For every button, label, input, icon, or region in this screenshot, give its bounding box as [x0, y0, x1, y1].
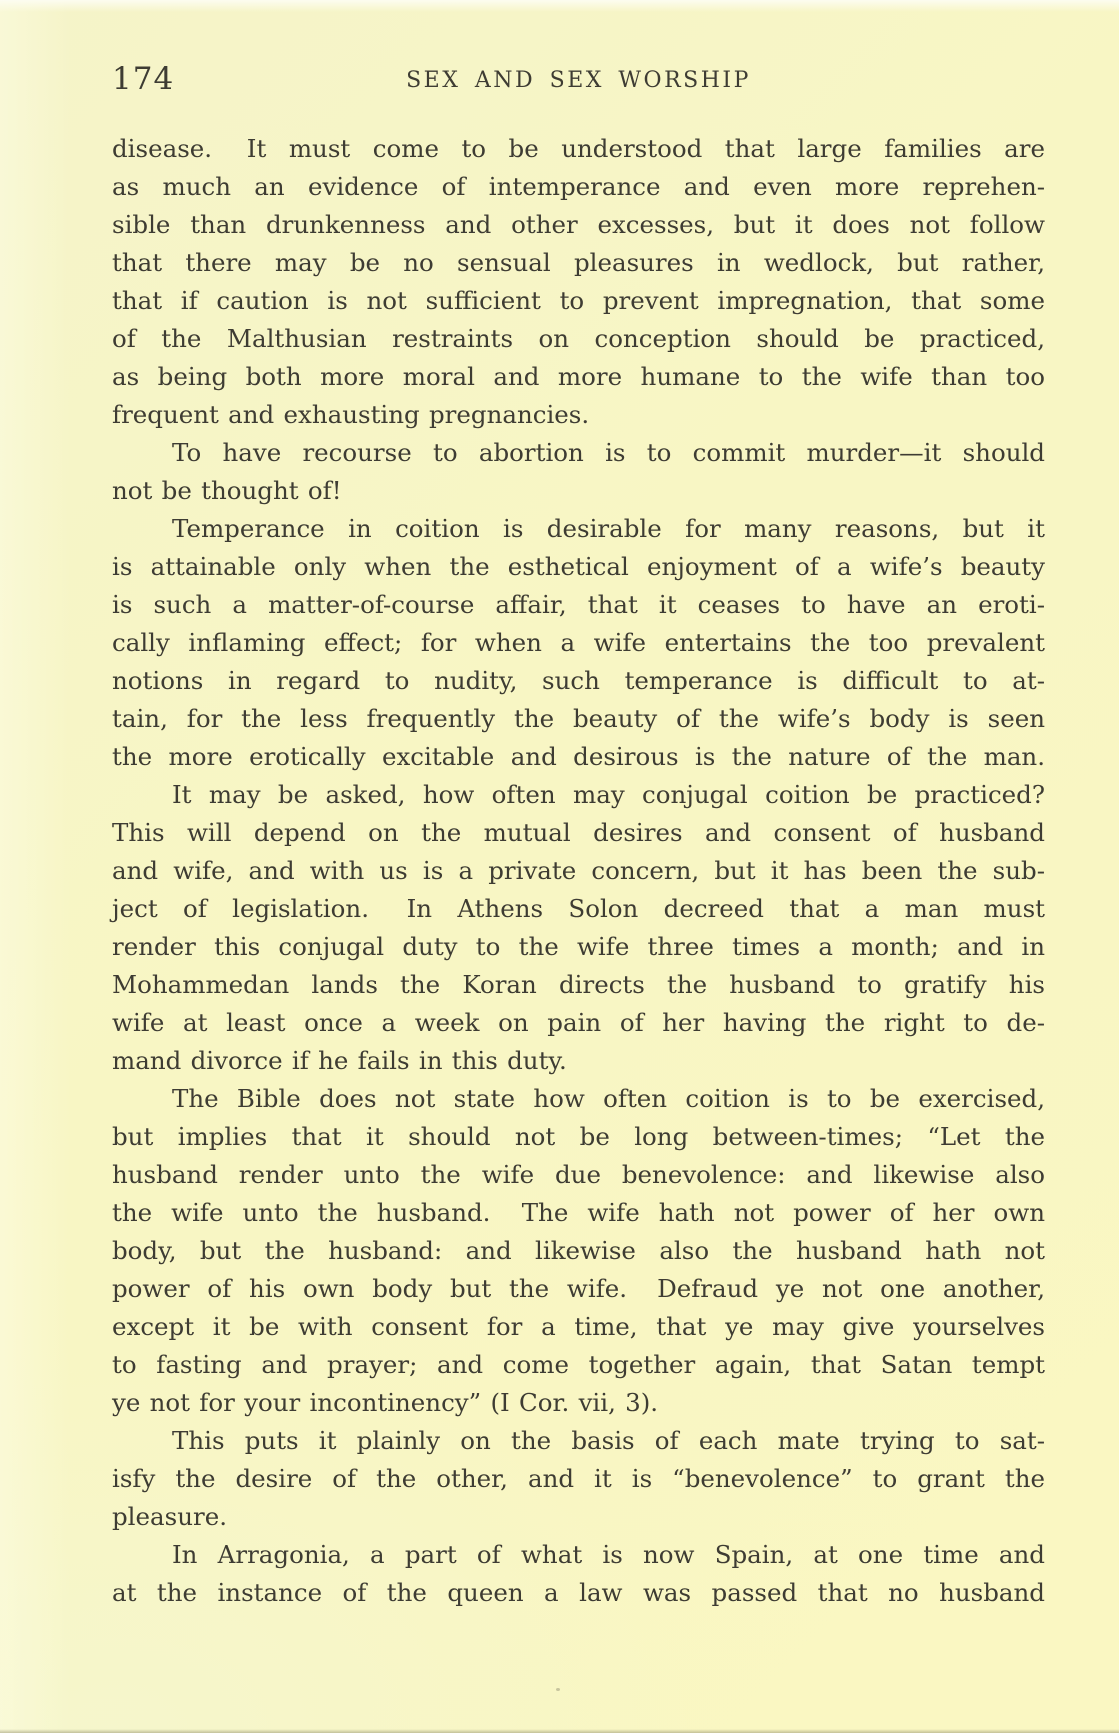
text-line: In Arragonia, a part of what is now Spai… [112, 1536, 1045, 1574]
text-line: but implies that it should not be long b… [112, 1118, 1045, 1156]
text-line: sible than drunkenness and other excesse… [112, 206, 1045, 244]
text-line: as being both more moral and more humane… [112, 358, 1045, 396]
text-line: that if caution is not sufficient to pre… [112, 282, 1045, 320]
text-line: This puts it plainly on the basis of eac… [112, 1422, 1045, 1460]
text-line: not be thought of! [112, 472, 1045, 510]
text-line: disease. It must come to be understood t… [112, 130, 1045, 168]
text-line: as much an evidence of intemperance and … [112, 168, 1045, 206]
text-line: to fasting and prayer; and come together… [112, 1346, 1045, 1384]
text-line: mand divorce if he fails in this duty. [112, 1042, 1045, 1080]
book-page-scan: 174 SEX AND SEX WORSHIP disease. It must… [0, 0, 1119, 1733]
text-line: pleasure. [112, 1498, 1045, 1536]
text-line: the more erotically excitable and desiro… [112, 738, 1045, 776]
text-line: render this conjugal duty to the wife th… [112, 928, 1045, 966]
text-line: notions in regard to nudity, such temper… [112, 662, 1045, 700]
text-line: frequent and exhausting pregnancies. [112, 396, 1045, 434]
text-line: husband render unto the wife due benevol… [112, 1156, 1045, 1194]
text-line: the wife unto the husband. The wife hath… [112, 1194, 1045, 1232]
text-line: cally inflaming effect; for when a wife … [112, 624, 1045, 662]
running-title: SEX AND SEX WORSHIP [112, 69, 1045, 93]
text-line: except it be with consent for a time, th… [112, 1308, 1045, 1346]
text-line: of the Malthusian restraints on concepti… [112, 320, 1045, 358]
body-text: disease. It must come to be understood t… [112, 130, 1045, 1612]
text-line: wife at least once a week on pain of her… [112, 1004, 1045, 1042]
text-line: power of his own body but the wife. Defr… [112, 1270, 1045, 1308]
text-line: body, but the husband: and likewise also… [112, 1232, 1045, 1270]
text-line: The Bible does not state how often coiti… [112, 1080, 1045, 1118]
text-line: isfy the desire of the other, and it is … [112, 1460, 1045, 1498]
paper-speck [556, 1688, 560, 1691]
text-line: This will depend on the mutual desires a… [112, 814, 1045, 852]
text-line: Mohammedan lands the Koran directs the h… [112, 966, 1045, 1004]
text-line: is such a matter-of-course affair, that … [112, 586, 1045, 624]
text-line: To have recourse to abortion is to commi… [112, 434, 1045, 472]
text-line: Temperance in coition is desirable for m… [112, 510, 1045, 548]
text-line: and wife, and with us is a private conce… [112, 852, 1045, 890]
text-line: ye not for your incontinency” (I Cor. vi… [112, 1384, 1045, 1422]
text-line: is attainable only when the esthetical e… [112, 548, 1045, 586]
text-line: ject of legislation. In Athens Solon dec… [112, 890, 1045, 928]
text-line: that there may be no sensual pleasures i… [112, 244, 1045, 282]
text-line: tain, for the less frequently the beauty… [112, 700, 1045, 738]
text-line: It may be asked, how often may conjugal … [112, 776, 1045, 814]
text-line: at the instance of the queen a law was p… [112, 1574, 1045, 1612]
